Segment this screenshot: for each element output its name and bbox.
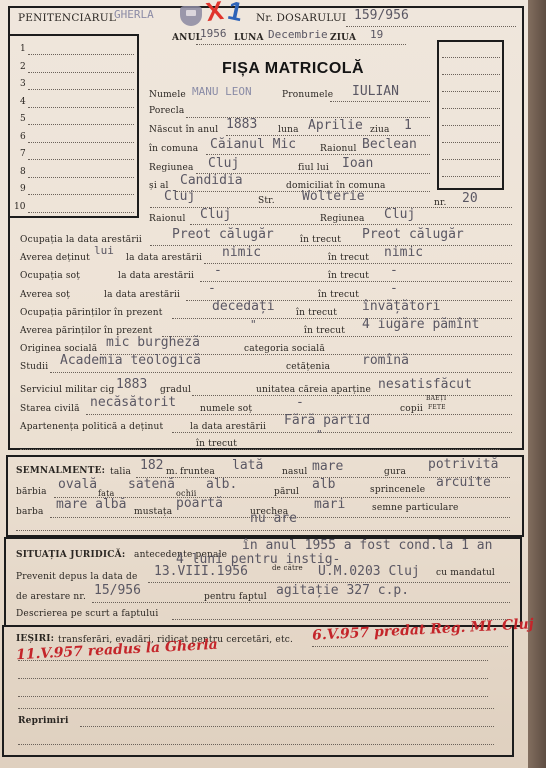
averea-sot-label: Averea soț [20, 290, 70, 300]
studii-line [50, 372, 512, 373]
ocupatia-value: Preot călugăr [172, 227, 274, 242]
left-box-line [28, 124, 134, 125]
prevenit-value: 13.VIII.1956 [154, 564, 248, 579]
left-box-line [28, 107, 134, 108]
ziua-value: 19 [370, 28, 383, 41]
averea-value: nimic [222, 245, 261, 260]
nasul-label: nasul [282, 467, 307, 477]
left-box-number: 2 [20, 62, 26, 72]
left-box-number: 9 [20, 184, 26, 194]
barba-value: mare albă [56, 497, 126, 512]
starea-value: necăsătorit [90, 395, 176, 410]
penitenciar-value: GHERLA [114, 8, 154, 21]
averea-trecut-value: nimic [384, 245, 423, 260]
ocupatia-parinti-label: Ocupația părinților în prezent [20, 308, 163, 318]
urechea-value: mari [314, 497, 345, 512]
cetatenia-value: romînă [362, 353, 409, 368]
left-box-right-edge [137, 34, 139, 216]
averea-data-label: la data arestării [126, 253, 202, 263]
left-box-line [28, 54, 134, 55]
apartenenta-label: Apartenența politică a deținut [20, 422, 163, 432]
right-box-line [442, 159, 500, 160]
averea-parinti-trecut-label: în trecut [304, 326, 345, 336]
ocupatia-sot-trecut-label: în trecut [328, 271, 369, 281]
left-box-number: 8 [20, 167, 26, 177]
fiul-value: Ioan [342, 156, 373, 171]
left-box-line [28, 72, 134, 73]
talia-label: talia [110, 467, 131, 477]
comuna-line [206, 154, 430, 155]
dosar-line [346, 26, 516, 27]
antecedente-value: în anul 1955 a fost cond.la 1 an [242, 538, 492, 553]
catre-value: U.M.0203 Cluj [318, 564, 420, 579]
right-box-line [442, 74, 500, 75]
copii-fete-label: FETE [428, 404, 446, 411]
mandat-label: cu mandatul [436, 568, 495, 578]
sprincenele-value: arcuite [436, 475, 491, 490]
reprimiri-line-2 [18, 744, 494, 745]
apartenenta-value: Fără partid [284, 413, 370, 428]
reprimiri-label: Reprimiri [18, 716, 69, 726]
nascut-luna-value: Aprilie [308, 118, 363, 133]
ocupatia-sot-trecut-value: - [390, 263, 398, 278]
raionul-value: Beclean [362, 137, 417, 152]
copii-label: copii [400, 404, 423, 414]
iesiri-line-1 [312, 646, 508, 647]
ocupatia-line [150, 245, 512, 246]
serviciu-label: Serviciul militar cig [20, 385, 114, 395]
unitatea-label: unitatea căreia aparține [256, 385, 371, 395]
cetatenia-label: cetățenia [286, 362, 330, 372]
ochii-value: alb. [206, 477, 237, 492]
averea-trecut-label: în trecut [328, 253, 369, 263]
ocupatia-parinti-trecut-value: învățători [362, 299, 440, 314]
averea-label: Averea deținut [20, 253, 90, 263]
studii-value: Academia teologică [60, 353, 201, 368]
ocupatia-sot-line [200, 281, 512, 282]
left-box-line [28, 142, 134, 143]
averea-sot-trecut-label: în trecut [318, 290, 359, 300]
apartenenta-trecut-value: " [316, 428, 323, 441]
semne-value: nu are [250, 511, 297, 526]
right-box-line [442, 142, 500, 143]
document-page: PENITENCIARUL GHERLA X 1 Nr. DOSARULUI 1… [0, 0, 528, 768]
iesiri-line-3 [18, 678, 488, 679]
right-box-line [442, 176, 500, 177]
left-box-bottom-edge [8, 216, 139, 218]
raionul-label: Raionul [320, 144, 357, 154]
ocupatia-sot-value: - [214, 263, 222, 278]
right-box-left-edge [437, 40, 439, 188]
red-x-mark: X [204, 0, 225, 28]
ziua-label: ZIUA [330, 33, 356, 43]
categoria-label: categoria socială [244, 344, 325, 354]
barbia-label: bărbia [16, 487, 47, 497]
origine-value: mic burgheză [106, 335, 200, 350]
numele-sot-value: - [296, 395, 304, 410]
left-box-line [28, 194, 134, 195]
page-title: FIȘA MATRICOLĂ [222, 60, 364, 78]
arestare-line [92, 602, 510, 603]
arestare-value: 15/956 [94, 583, 141, 598]
porecla-label: Porecla [149, 106, 184, 116]
semne-label: semne particulare [372, 503, 459, 513]
right-box-right-edge [502, 40, 504, 190]
regiunea-label: Regiunea [149, 163, 194, 173]
nascut-ziua-label: ziua [370, 125, 390, 135]
mustata-value: poartă [176, 496, 223, 511]
faptul-value: agitație 327 c.p. [276, 583, 409, 598]
talia-unit: m. [166, 467, 178, 477]
averea-parinti-trecut-value: 4 iugăre pămînt [362, 317, 479, 332]
right-box-line [442, 108, 500, 109]
si-al-value: Candidia [180, 173, 243, 188]
ocupatia-label: Ocupația la data arestării [20, 235, 142, 245]
nascut-luna-label: luna [278, 125, 299, 135]
averea-parinti-value: " [250, 318, 257, 331]
averea-sot-value: - [208, 281, 216, 296]
regiune2-label: Regiunea [320, 214, 365, 224]
reprimiri-line-1 [80, 726, 494, 727]
apartenenta-data-label: la data arestării [190, 422, 266, 432]
penitenciar-label: PENITENCIARUL [18, 12, 116, 24]
numele-label: Numele [149, 90, 186, 100]
fata-value: satenă [128, 477, 175, 492]
talia-value: 182 [140, 458, 163, 473]
right-box-line [442, 91, 500, 92]
averea-sot-trecut-value: - [390, 281, 398, 296]
copii-baeti-label: BAEȚI [426, 395, 447, 402]
right-box-line [442, 57, 500, 58]
left-box-line [28, 159, 134, 160]
parul-label: părul [274, 487, 299, 497]
ocupatia-sot-label: Ocupația soț [20, 271, 80, 281]
left-box-number: 7 [20, 149, 26, 159]
averea-line [204, 263, 512, 264]
left-box-number: 10 [14, 202, 25, 212]
averea-sot-data-label: la data arestării [104, 290, 180, 300]
studii-label: Studii [20, 362, 48, 372]
right-box-top-edge [437, 40, 503, 42]
left-box-line [28, 89, 134, 90]
gradul-label: gradul [160, 385, 191, 395]
left-box-number: 5 [20, 114, 26, 124]
semne-line [16, 530, 510, 531]
iesiri-line-5 [18, 708, 494, 709]
date-line [196, 44, 406, 45]
serviciu-line [192, 395, 512, 396]
regiune2-value: Cluj [384, 207, 415, 222]
unitatea-value: nesatisfăcut [378, 377, 472, 392]
comuna-value: Căianul Mic [210, 137, 296, 152]
iesiri-line-2 [18, 660, 488, 661]
mustata-label: mustața [134, 507, 172, 517]
regiunea-value: Cluj [208, 156, 239, 171]
dosar-value: 159/956 [354, 8, 409, 23]
serviciu-value: 1883 [116, 377, 147, 392]
nascut-label: Născut în anul [149, 125, 218, 135]
nascut-line [226, 135, 430, 136]
right-box-line [442, 125, 500, 126]
raion2-line [190, 224, 512, 225]
juridic-heading: SITUAȚIA JURIDICĂ: [16, 550, 125, 560]
nascut-ziua-value: 1 [404, 118, 412, 133]
domiciliat-value: Cluj [164, 189, 195, 204]
anul-value: 1956 [200, 27, 227, 40]
left-box-number: 6 [20, 132, 26, 142]
arestare-label: de arestare nr. [16, 592, 86, 602]
strada-label: Str. [258, 196, 275, 206]
faptul-label: pentru faptul [204, 592, 267, 602]
iesiri-heading: IEȘIRI: [16, 634, 54, 644]
sprincenele-label: sprincenele [370, 485, 425, 495]
left-box-number: 3 [20, 79, 26, 89]
raion2-value: Cluj [200, 207, 231, 222]
numele-value: MANU LEON [192, 85, 252, 98]
ocupatia-trecut-label: în trecut [300, 235, 341, 245]
pronumele-label: Pronumele [282, 90, 333, 100]
numele-sot-label: numele soț [200, 404, 252, 414]
nascut-value: 1883 [226, 117, 257, 132]
gura-value: potrivită [428, 457, 498, 472]
averea-parinti-line [162, 336, 512, 337]
left-box-line [28, 177, 134, 178]
ocupatia-trecut-value: Preot călugăr [362, 227, 464, 242]
barbia-value: ovală [58, 477, 97, 492]
catre-label: de către [272, 564, 303, 572]
nr-value: 20 [462, 191, 478, 206]
fruntea-label: fruntea [180, 467, 215, 477]
strada-value: Wolterie [302, 189, 365, 204]
averea-lui-value: lui [94, 244, 114, 257]
left-box-top-edge [8, 34, 139, 36]
left-box-number: 4 [20, 97, 26, 107]
dosar-label: Nr. DOSARULUI [256, 12, 346, 24]
left-box-number: 1 [20, 44, 26, 54]
pronumele-value: IULIAN [352, 84, 399, 99]
fruntea-value: lată [232, 458, 263, 473]
descriere-label: Descrierea pe scurt a faptului [16, 609, 158, 619]
barba-label: barba [16, 507, 44, 517]
ocupatia-parinti-value: decedați [212, 299, 275, 314]
anul-label: ANUL [172, 33, 202, 43]
prevenit-label: Prevenit depus la data de [16, 572, 138, 582]
ocupatia-sot-data-label: la data arestării [118, 271, 194, 281]
right-box-bottom-edge [437, 188, 503, 190]
ocupatia-parinti-trecut-label: în trecut [296, 308, 337, 318]
apartenenta-trecut-label: în trecut [196, 439, 237, 449]
parul-value: alb [312, 477, 335, 492]
starea-label: Starea civilă [20, 404, 80, 414]
nasul-value: mare [312, 459, 343, 474]
pronumele-line [330, 101, 430, 102]
gura-label: gura [384, 467, 406, 477]
luna-value: Decembrie [268, 28, 328, 41]
luna-label: LUNA [234, 33, 264, 43]
semnalmente-heading: SEMNALMENTE: [16, 466, 105, 476]
apartenenta-line [172, 432, 512, 433]
iesiri-line-4 [18, 696, 488, 697]
raion2-label: Raionul [149, 214, 186, 224]
apartenenta-trecut-line [20, 449, 500, 450]
comuna-label: în comuna [149, 144, 198, 154]
left-box-line [28, 212, 134, 213]
fiul-label: fiul lui [298, 163, 329, 173]
